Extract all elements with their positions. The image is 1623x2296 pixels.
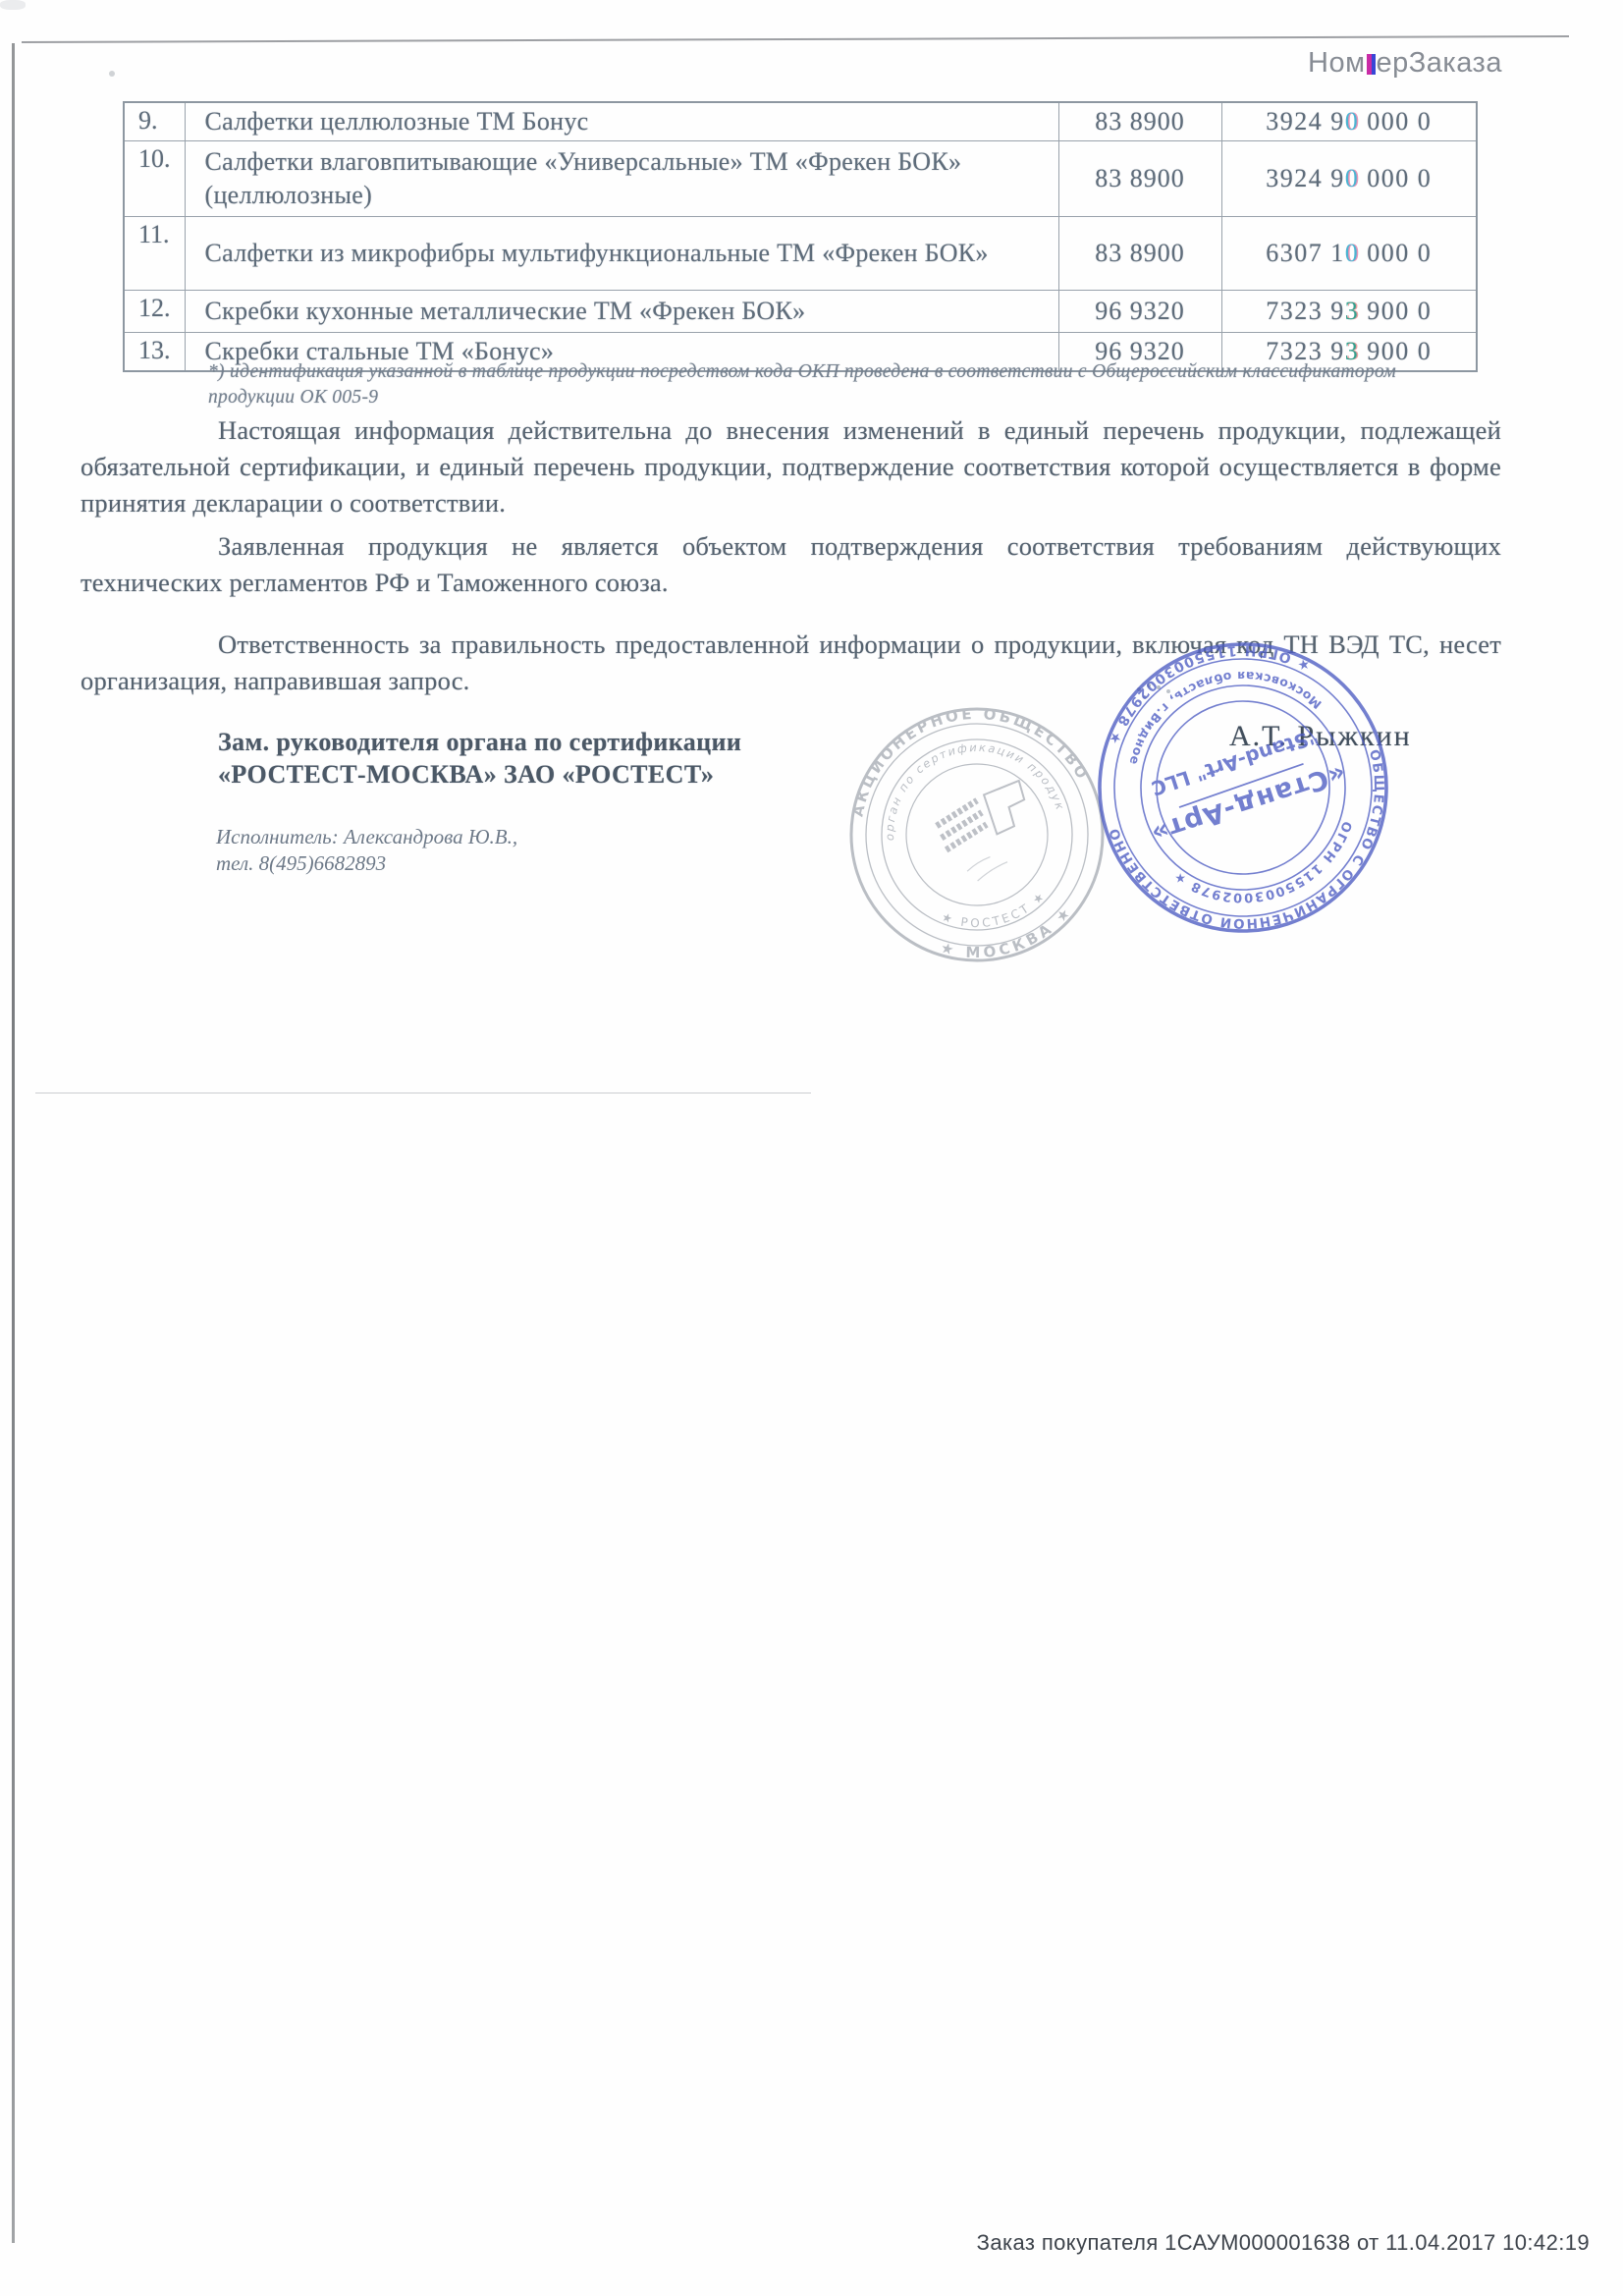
product-name-cell: Салфетки целлюлозные ТМ Бонус: [185, 102, 1058, 141]
tnved-code-cell: 7323 93 900 0: [1221, 291, 1477, 333]
rostest-stamp-icon: АКЦИОНЕРНОЕ ОБЩЕСТВО ★ МОСКВА ★ орган по…: [830, 687, 1124, 982]
rostest-logo-icon: [931, 781, 1040, 888]
okp-code-cell: 83 8900: [1058, 217, 1221, 291]
executor-phone: тел. 8(495)6682893: [216, 851, 386, 876]
product-name-cell: Салфетки из микрофибры мультифункциональ…: [185, 217, 1058, 291]
footnote: *) идентификация указанной в таблице про…: [208, 359, 1431, 410]
order-number-label: НомерЗаказа: [1308, 47, 1502, 80]
order-footer: Заказ покупателя 1САУМ000001638 от 11.04…: [977, 2230, 1590, 2256]
color-artifact: [1367, 54, 1376, 75]
scanned-document-page: НомерЗаказа 9. Салфетки целлюлозные ТМ Б…: [0, 0, 1623, 2296]
row-number-cell: 11.: [124, 217, 185, 291]
scan-edge-left: [12, 43, 15, 2243]
signatory-title-line2: «РОСТЕСТ-МОСКВА» ЗАО «РОСТЕСТ»: [218, 760, 714, 790]
table-row: 11. Салфетки из микрофибры мультифункцио…: [124, 217, 1477, 291]
scan-edge-top: [22, 35, 1569, 43]
scan-faint-line: [35, 1092, 811, 1094]
row-number-cell: 10.: [124, 141, 185, 217]
okp-code-cell: 83 8900: [1058, 102, 1221, 141]
okp-code-cell: 96 9320: [1058, 291, 1221, 333]
row-number-cell: 9.: [124, 102, 185, 141]
product-name-cell: Скребки кухонные металлические ТМ «Фреке…: [185, 291, 1058, 333]
tnved-code-cell: 3924 90 000 0: [1221, 141, 1477, 217]
signatory-title-line1: Зам. руководителя органа по сертификации: [218, 728, 741, 757]
paragraph-not-subject: Заявленная продукция не является объекто…: [81, 528, 1501, 601]
executor-line: Исполнитель: Александрова Ю.В.,: [216, 825, 517, 849]
table-row: 12. Скребки кухонные металлические ТМ «Ф…: [124, 291, 1477, 333]
table-row: 10. Салфетки влаговпитывающие «Универсал…: [124, 141, 1477, 217]
standart-stamp-icon: ОБЩЕСТВО С ОГРАНИЧЕННОЙ ОТВЕТСТВЕННОСТЬЮ…: [1086, 630, 1400, 945]
product-table: 9. Салфетки целлюлозные ТМ Бонус 83 8900…: [123, 101, 1478, 372]
paragraph-validity: Настоящая информация действительна до вн…: [81, 412, 1501, 521]
tnved-code-cell: 3924 90 000 0: [1221, 102, 1477, 141]
row-number-cell: 12.: [124, 291, 185, 333]
product-name-cell: Салфетки влаговпитывающие «Универсальные…: [185, 141, 1058, 217]
row-number-cell: 13.: [124, 333, 185, 372]
tnved-code-cell: 6307 10 000 0: [1221, 217, 1477, 291]
okp-code-cell: 83 8900: [1058, 141, 1221, 217]
table-row: 9. Салфетки целлюлозные ТМ Бонус 83 8900…: [124, 102, 1477, 141]
scan-smudge: [0, 0, 26, 10]
scan-speck: [109, 71, 115, 77]
